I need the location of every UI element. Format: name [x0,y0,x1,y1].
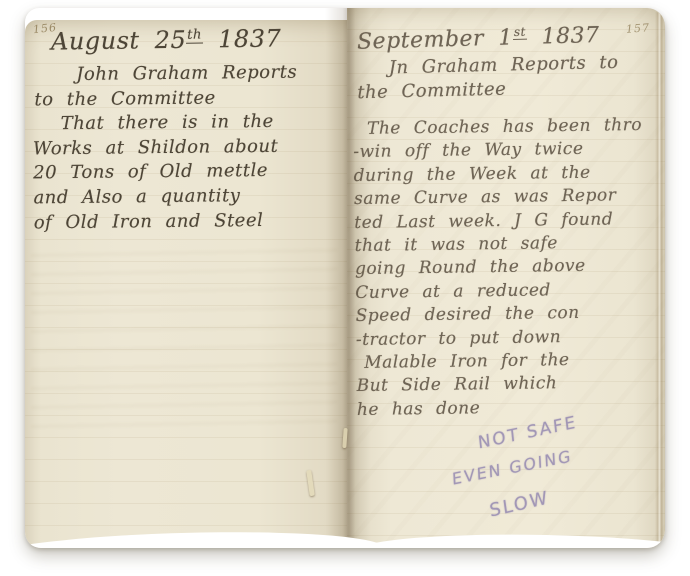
left-date-heading: August 25th 1837 [51,24,282,55]
manuscript-line: John Graham Reports [76,61,297,88]
photo-backdrop: 156 August 25th 1837 John Graham Reports… [0,0,690,576]
page-number-right: 157 [626,21,651,36]
left-heading-day: August 25 [51,26,187,56]
manuscript-line: 20 Tons of Old mettle [33,159,298,186]
pencil-annotation-line: SLOW [488,487,550,522]
ink-bleedthrough [31,238,337,438]
right-heading-day: September 1 [357,25,514,54]
manuscript-line: The Coaches has been thro [367,114,642,141]
manuscript-line: same Curve as was Repor [354,184,643,211]
manuscript-line: of Old Iron and Steel [34,208,299,235]
manuscript-line: That there is in the [61,110,298,137]
right-heading-ordinal: st [513,25,527,40]
pencil-annotation-line: EVEN GOING [452,446,573,488]
page-edge-stack [655,12,663,544]
right-page-report-header: Jn Graham Reports to the Committee [356,51,619,105]
right-heading-year: 1837 [527,23,600,50]
left-heading-year: 1837 [203,24,282,53]
right-page-manuscript: The Coaches has been thro -win off the W… [353,114,646,422]
minute-book: 156 August 25th 1837 John Graham Reports… [25,8,665,548]
right-date-heading: September 1st 1837 [357,23,600,55]
left-page-manuscript: John Graham Reports to the Committee Tha… [32,61,299,236]
left-page: 156 August 25th 1837 John Graham Reports… [25,20,347,548]
manuscript-line: ted Last week. J G found [354,208,643,235]
manuscript-line: he has done [357,395,646,422]
manuscript-line: to the Committee [34,85,297,112]
manuscript-line: and Also a quantity [33,184,298,211]
left-heading-ordinal: th [186,27,203,43]
manuscript-line: Works at Shildon about [33,134,298,161]
manuscript-line: the Committee [357,75,619,105]
right-page: 157 September 1st 1837 Jn Graham Reports… [347,8,665,548]
